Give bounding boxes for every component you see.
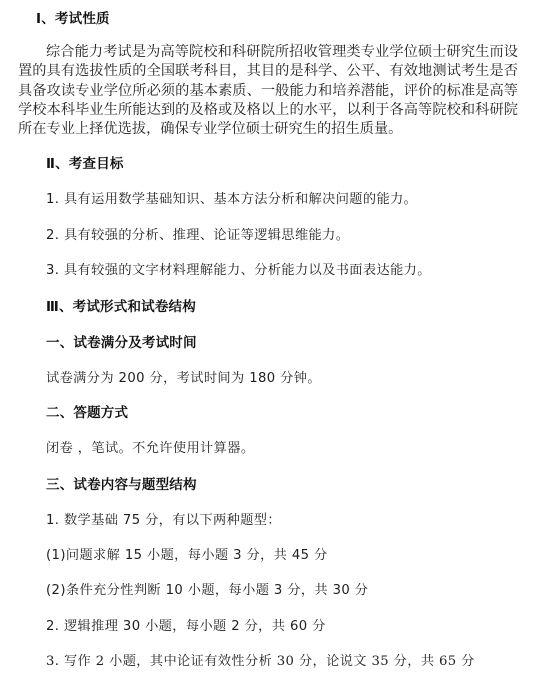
objective-item-3: 3. 具有较强的文字材料理解能力、分析能力以及书面表达能力。 — [46, 262, 431, 280]
score-time-text: 试卷满分为 200 分，考试时间为 180 分钟。 — [46, 370, 321, 388]
content-item-math: 1. 数学基础 75 分，有以下两种题型： — [46, 512, 281, 530]
content-item-problem-solving: (1)问题求解 15 小题，每小题 3 分，共 45 分 — [46, 547, 328, 565]
objective-item-1: 1. 具有运用数学基础知识、基本方法分析和解决问题的能力。 — [46, 191, 417, 209]
subsection-heading-answer-method: 二、答题方式 — [46, 404, 128, 422]
section-heading-objectives: Ⅱ、考查目标 — [46, 155, 124, 173]
content-item-writing: 3. 写作 2 小题，其中论证有效性分析 30 分，论说文 35 分，共 65 … — [46, 653, 475, 671]
objective-item-2: 2. 具有较强的分析、推理、论证等逻辑思维能力。 — [46, 227, 349, 245]
section-heading-exam-nature: Ⅰ、考试性质 — [36, 10, 110, 28]
subsection-heading-score-time: 一、试卷满分及考试时间 — [46, 334, 197, 352]
section-heading-exam-format: Ⅲ、考试形式和试卷结构 — [46, 298, 196, 316]
exam-nature-paragraph: 综合能力考试是为高等院校和科研院所招收管理类专业学位硕士研究生而设置的具有选拔性… — [18, 43, 518, 139]
answer-method-text: 闭卷 ，笔试。不允许使用计算器。 — [46, 440, 254, 458]
subsection-heading-content-structure: 三、试卷内容与题型结构 — [46, 476, 197, 494]
content-item-sufficiency: (2)条件充分性判断 10 小题，每小题 3 分，共 30 分 — [46, 582, 368, 600]
content-item-logic: 2. 逻辑推理 30 小题，每小题 2 分，共 60 分 — [46, 618, 326, 636]
